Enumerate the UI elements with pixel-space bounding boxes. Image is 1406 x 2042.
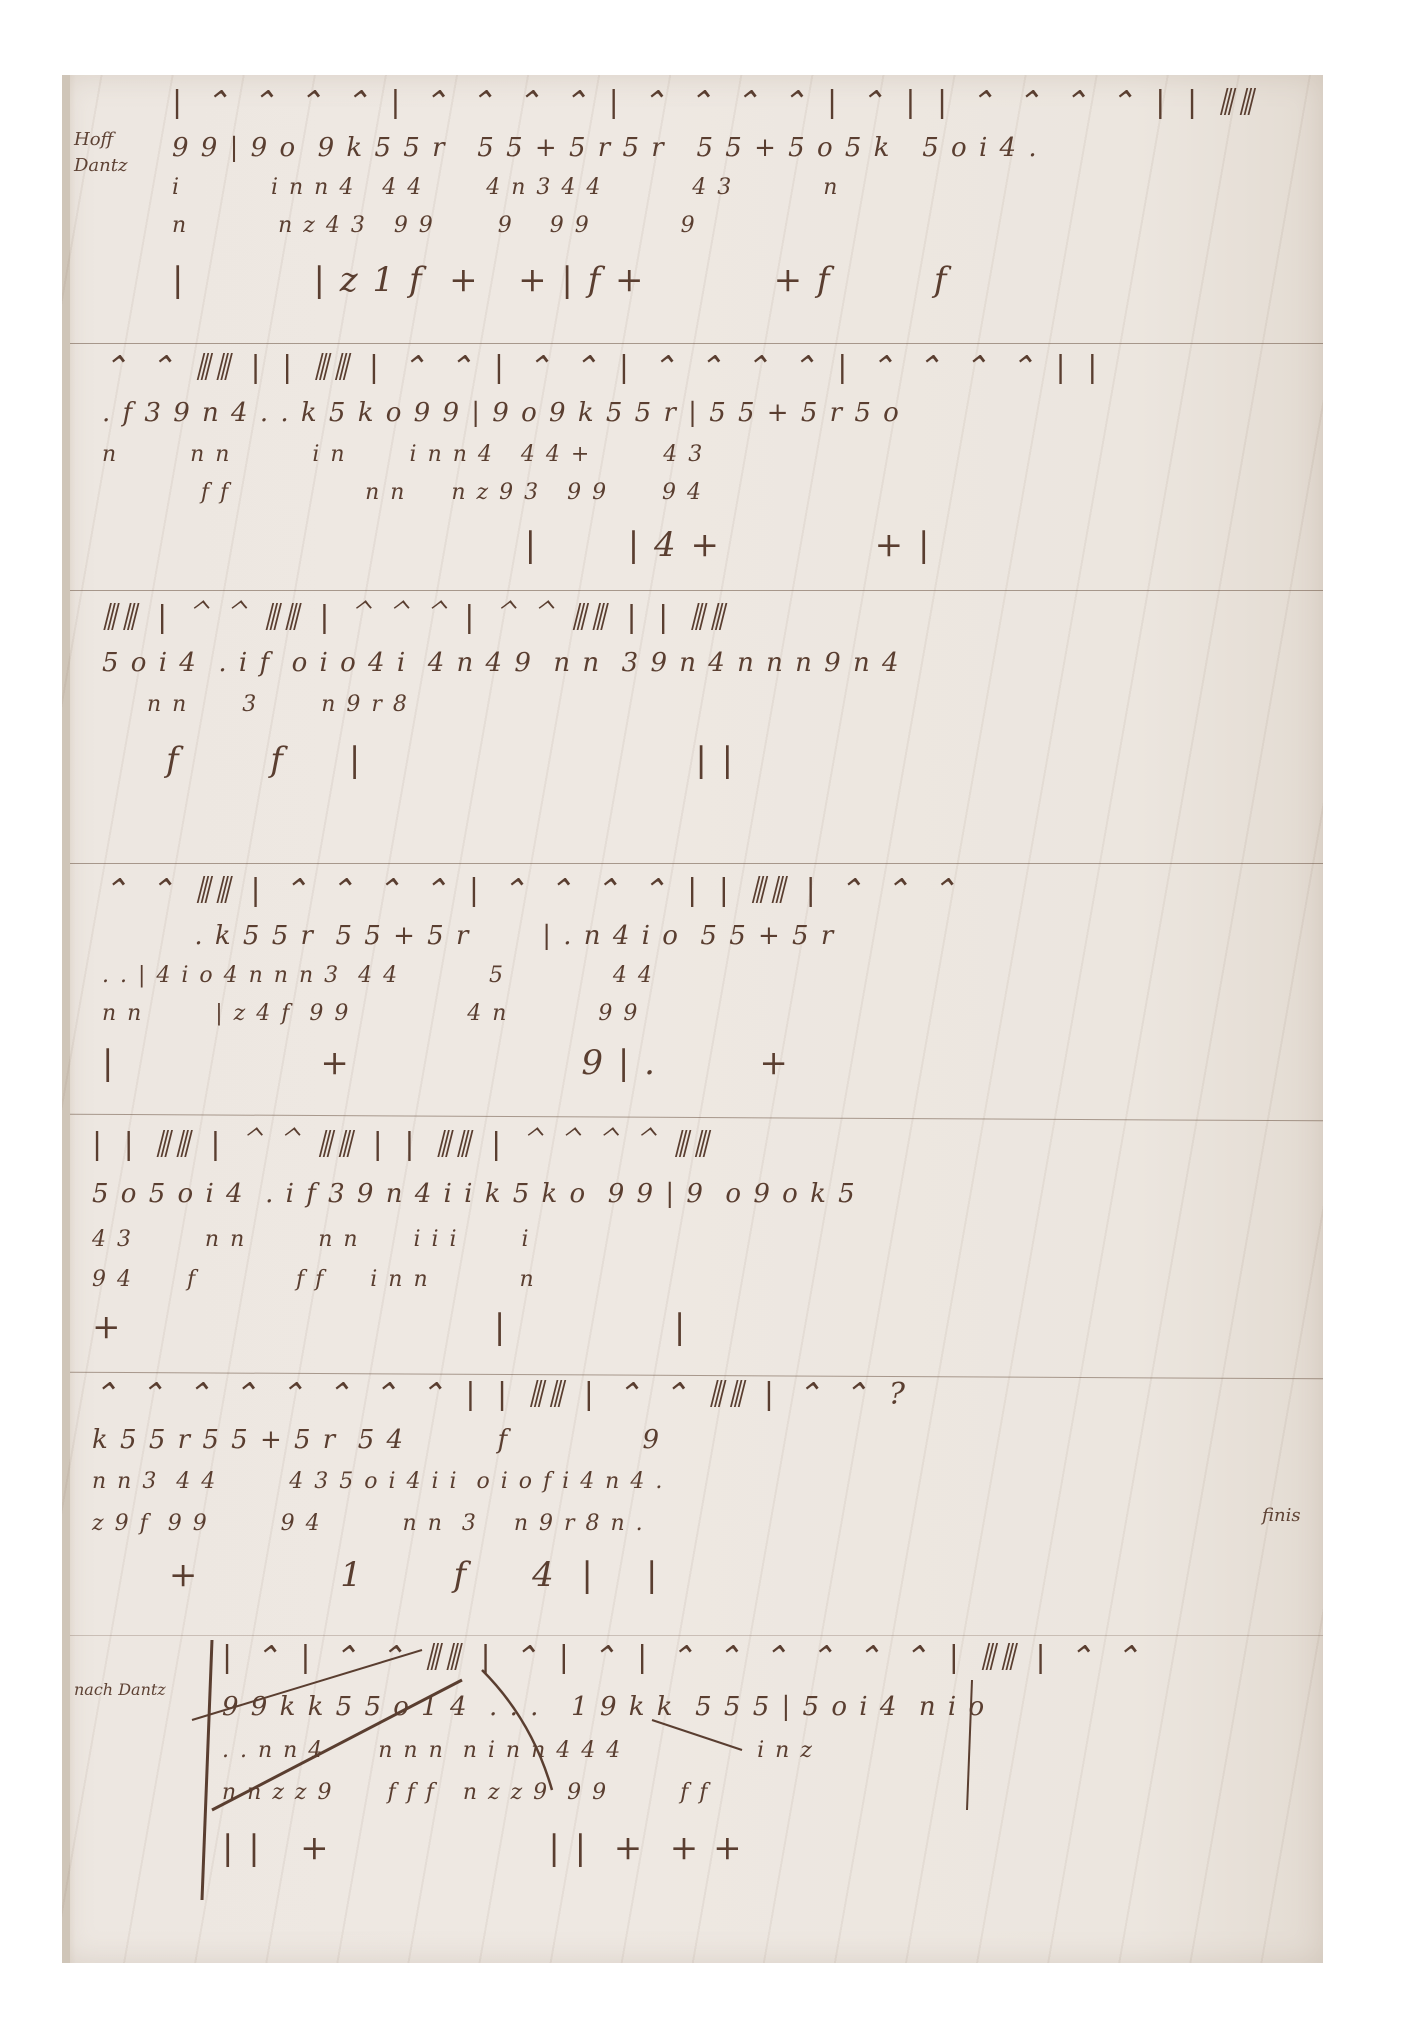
tab-row: + 1 f 4 | | <box>92 1555 660 1595</box>
tab-row: n n 3 n 9 r 8 <box>102 692 409 717</box>
system-rule <box>70 863 1323 864</box>
crossout-strokes <box>62 1640 1323 1940</box>
tab-row: 9 9 | 9 o 9 k 5 5 r 5 5 + 5 r 5 r 5 5 + … <box>172 133 1039 163</box>
rhythm-row: | | ⫼⫼ | ⌃ ⌃ ⫼⫼ | | ⫼⫼ | ⌃ ⌃ ⌃ ⌃ ⫼⫼ <box>92 1127 713 1162</box>
tab-row: | + 9 | . + <box>102 1043 790 1083</box>
tablature-system-3: ⫼⫼ | ⌃ ⌃ ⫼⫼ | ⌃ ⌃ ⌃ | ⌃ ⌃ ⫼⫼ | | ⫼⫼ 5 o … <box>62 600 1323 855</box>
tab-row: | | 4 + + | <box>102 525 931 565</box>
system-rule <box>70 590 1323 591</box>
tab-row: 9 4 f f f i n n n <box>92 1267 536 1292</box>
tab-row: f f | | | <box>102 740 735 780</box>
tab-row: i i n n 4 4 4 4 n 3 4 4 4 3 n <box>172 175 839 200</box>
tablature-system-7: | ⌃ | ⌃ ⌃ ⫼⫼ | ⌃ | ⌃ | ⌃ ⌃ ⌃ ⌃ ⌃ ⌃ | ⫼⫼ … <box>62 1640 1323 1940</box>
tablature-system-2: ⌃ ⌃ ⫼⫼ | | ⫼⫼ | ⌃ ⌃ | ⌃ ⌃ | ⌃ ⌃ ⌃ ⌃ | ⌃ … <box>62 350 1323 585</box>
system-rule <box>70 1114 1323 1122</box>
tab-row: n n n i n i n n 4 4 4 + 4 3 <box>102 442 704 467</box>
tab-row: 5 o i 4 . i f o i o 4 i 4 n 4 9 n n 3 9 … <box>102 648 901 678</box>
rhythm-row: ⌃ ⌃ ⫼⫼ | | ⫼⫼ | ⌃ ⌃ | ⌃ ⌃ | ⌃ ⌃ ⌃ ⌃ | ⌃ … <box>102 350 1103 385</box>
tab-row: 4 3 n n n n i i i i <box>92 1227 531 1252</box>
tab-row: n n z 4 3 9 9 9 9 9 9 <box>172 213 697 238</box>
tablature-system-1: | ⌃ ⌃ ⌃ ⌃ | ⌃ ⌃ ⌃ ⌃ | ⌃ ⌃ ⌃ ⌃ | ⌃ | | ⌃ … <box>62 85 1323 335</box>
tab-row: | | z 1 f + + | f + + f f <box>172 260 949 300</box>
rhythm-row: | ⌃ ⌃ ⌃ ⌃ | ⌃ ⌃ ⌃ ⌃ | ⌃ ⌃ ⌃ ⌃ | ⌃ | | ⌃ … <box>172 85 1258 120</box>
system-rule <box>70 343 1323 344</box>
tab-row: . k 5 5 r 5 5 + 5 r | . n 4 i o 5 5 + 5 … <box>102 921 835 951</box>
tab-row: 5 o 5 o i 4 . i f 3 9 n 4 i i k 5 k o 9 … <box>92 1179 857 1209</box>
tablature-system-5: | | ⫼⫼ | ⌃ ⌃ ⫼⫼ | | ⫼⫼ | ⌃ ⌃ ⌃ ⌃ ⫼⫼ 5 o … <box>62 1127 1323 1367</box>
tab-row: . f 3 9 n 4 . . k 5 k o 9 9 | 9 o 9 k 5 … <box>102 398 901 428</box>
tab-row: k 5 5 r 5 5 + 5 r 5 4 f 9 <box>92 1425 661 1455</box>
tablature-system-4: ⌃ ⌃ ⫼⫼ | ⌃ ⌃ ⌃ ⌃ | ⌃ ⌃ ⌃ ⌃ | | ⫼⫼ | ⌃ ⌃ … <box>62 873 1323 1113</box>
tab-row: + | | <box>92 1307 687 1347</box>
tab-row: n n | z 4 f 9 9 4 n 9 9 <box>102 1001 639 1026</box>
system-rule <box>70 1635 1323 1636</box>
rhythm-row: ⫼⫼ | ⌃ ⌃ ⫼⫼ | ⌃ ⌃ ⌃ | ⌃ ⌃ ⫼⫼ | | ⫼⫼ <box>102 600 729 635</box>
rhythm-row: ⌃ ⌃ ⌃ ⌃ ⌃ ⌃ ⌃ ⌃ | | ⫼⫼ | ⌃ ⌃ ⫼⫼ | ⌃ ⌃ ? <box>92 1377 911 1412</box>
tab-row: f f n n n z 9 3 9 9 9 4 <box>102 480 703 505</box>
rhythm-row: ⌃ ⌃ ⫼⫼ | ⌃ ⌃ ⌃ ⌃ | ⌃ ⌃ ⌃ ⌃ | | ⫼⫼ | ⌃ ⌃ … <box>102 873 962 908</box>
manuscript-page: Hoff Dantz nach Dantz finis | ⌃ ⌃ ⌃ ⌃ | … <box>62 75 1323 1963</box>
tab-row: z 9 f 9 9 9 4 n n 3 n 9 r 8 n . <box>92 1511 645 1536</box>
tab-row: . . | 4 i o 4 n n n 3 4 4 5 4 4 <box>102 963 654 988</box>
tab-row: n n 3 4 4 4 3 5 o i 4 i i o i o f i 4 n … <box>92 1469 664 1494</box>
tablature-system-6: ⌃ ⌃ ⌃ ⌃ ⌃ ⌃ ⌃ ⌃ | | ⫼⫼ | ⌃ ⌃ ⫼⫼ | ⌃ ⌃ ? … <box>62 1377 1323 1627</box>
